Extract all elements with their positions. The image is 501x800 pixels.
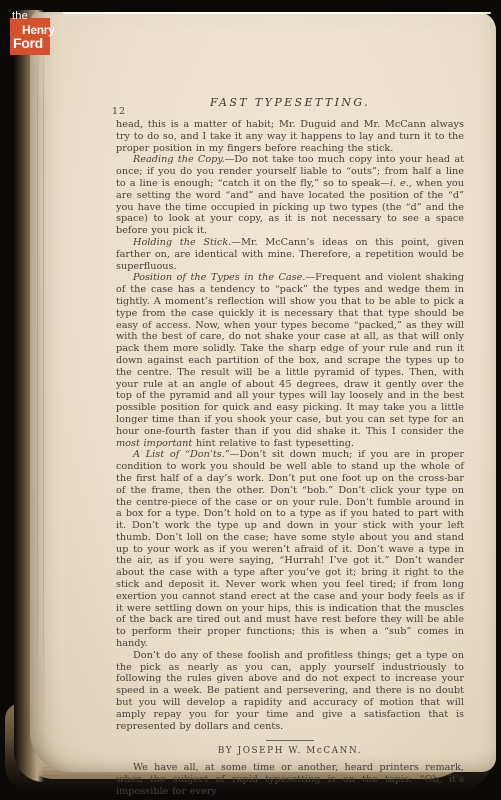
running-header-title: FAST TYPESETTING. — [210, 96, 370, 109]
paragraph: A List of “Don’ts.”—Don’t sit down much;… — [116, 449, 464, 650]
logo-word-the: the — [12, 10, 28, 22]
book-page: 12 FAST TYPESETTING. head, this is a mat… — [30, 12, 496, 772]
book-photo: 12 FAST TYPESETTING. head, this is a mat… — [0, 0, 501, 800]
page-crease-line — [37, 16, 38, 742]
section-divider — [266, 740, 314, 741]
paragraph-lead: Holding the Stick. — [133, 237, 231, 248]
paragraph: Don’t do any of these foolish and profit… — [116, 650, 464, 733]
page-text-column: 12 FAST TYPESETTING. head, this is a mat… — [116, 96, 464, 798]
page-number: 12 — [112, 106, 126, 117]
page-crease-line — [43, 16, 44, 742]
henry-ford-logo: the Henry Ford — [10, 11, 54, 57]
logo-word-ford: Ford — [13, 35, 43, 51]
paragraph: Reading the Copy.—Do not take too much c… — [116, 154, 464, 237]
byline-heading: BY JOSEPH W. McCANN. — [116, 746, 464, 756]
paragraph-lead: Reading the Copy. — [133, 154, 225, 165]
paragraph-lead: A List of “Don’ts.” — [133, 449, 230, 460]
body-text: head, this is a matter of habit; Mr. Dug… — [116, 119, 464, 732]
running-header: 12 FAST TYPESETTING. — [116, 96, 464, 109]
paragraph: head, this is a matter of habit; Mr. Dug… — [116, 119, 464, 154]
paragraph-lead: Position of the Types in the Case. — [133, 272, 305, 283]
paragraph: We have all, at some time or another, he… — [116, 762, 464, 797]
paragraph: Position of the Types in the Case.—Frequ… — [116, 272, 464, 449]
closing-text: We have all, at some time or another, he… — [116, 762, 464, 797]
paragraph: Holding the Stick.—Mr. McCann’s ideas on… — [116, 237, 464, 272]
